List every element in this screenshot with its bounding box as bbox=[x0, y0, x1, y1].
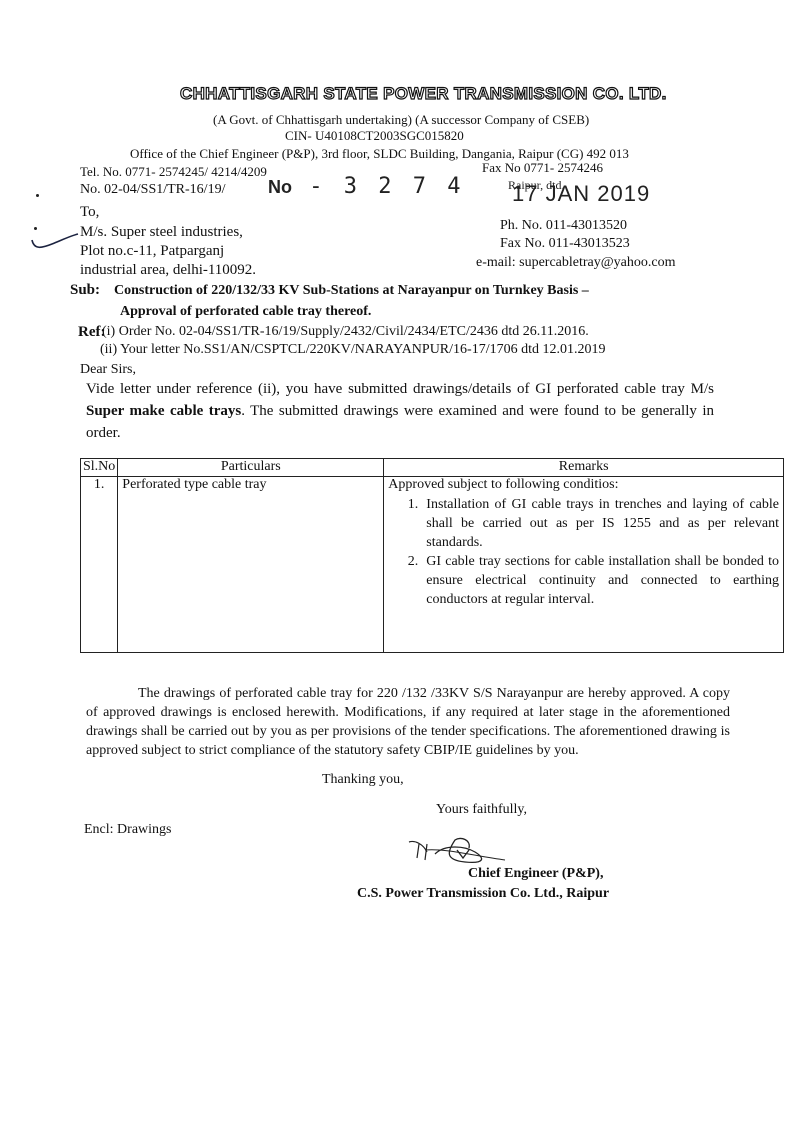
row-particulars: Perforated type cable tray bbox=[118, 477, 384, 653]
row-remarks: Approved subject to following conditios:… bbox=[384, 477, 784, 653]
organisation: C.S. Power Transmission Co. Ltd., Raipur bbox=[357, 886, 609, 902]
to-label: To, bbox=[80, 204, 99, 221]
approval-table: Sl.No Particulars Remarks 1. Perforated … bbox=[80, 458, 784, 653]
condition-number: 2. bbox=[388, 552, 426, 609]
recipient-line-2: Plot no.c-11, Patparganj bbox=[80, 243, 224, 260]
dispatch-stamp: No - 3 2 7 4 bbox=[268, 174, 464, 199]
margin-mark bbox=[36, 194, 39, 197]
recipient-fax: Fax No. 011-43013523 bbox=[500, 236, 630, 252]
ref-item-1: (i) Order No. 02-04/SS1/TR-16/19/Supply/… bbox=[102, 324, 589, 340]
recipient-phone: Ph. No. 011-43013520 bbox=[500, 218, 627, 234]
enclosure: Encl: Drawings bbox=[84, 822, 171, 838]
date-stamp: 17 JAN 2019 bbox=[512, 181, 650, 207]
header-particulars: Particulars bbox=[118, 459, 384, 477]
intro-paragraph: Vide letter under reference (ii), you ha… bbox=[86, 378, 714, 444]
letter-number: No. 02-04/SS1/TR-16/19/ bbox=[80, 182, 225, 198]
row-slno: 1. bbox=[81, 477, 118, 653]
condition-text: GI cable tray sections for cable install… bbox=[426, 552, 779, 609]
body-paragraph: The drawings of perforated cable tray fo… bbox=[86, 684, 730, 760]
recipient-email: e-mail: supercabletray@yahoo.com bbox=[476, 255, 675, 271]
stamp-prefix: No bbox=[268, 177, 292, 197]
subject-line-1: Construction of 220/132/33 KV Sub-Statio… bbox=[114, 283, 589, 299]
cin-number: CIN- U40108CT2003SGC015820 bbox=[285, 128, 464, 144]
stamp-number: - 3 2 7 4 bbox=[309, 174, 464, 199]
intro-text-1: Vide letter under reference (ii), you ha… bbox=[86, 381, 714, 397]
intro-bold-text: Super make cable trays bbox=[86, 403, 241, 419]
header-remarks: Remarks bbox=[384, 459, 784, 477]
ref-item-2: (ii) Your letter No.SS1/AN/CSPTCL/220KV/… bbox=[100, 342, 605, 358]
condition-item: 2. GI cable tray sections for cable inst… bbox=[388, 552, 779, 609]
yours-faithfully: Yours faithfully, bbox=[436, 802, 527, 818]
conditions-list: 1. Installation of GI cable trays in tre… bbox=[388, 495, 779, 609]
condition-item: 1. Installation of GI cable trays in tre… bbox=[388, 495, 779, 552]
tick-mark-icon bbox=[28, 228, 88, 258]
company-name: CHHATTISGARH STATE POWER TRANSMISSION CO… bbox=[180, 84, 667, 104]
subject-label: Sub: bbox=[70, 282, 100, 299]
company-subtitle: (A Govt. of Chhattisgarh undertaking) (A… bbox=[213, 112, 589, 128]
salutation: Dear Sirs, bbox=[80, 362, 136, 378]
header-slno: Sl.No bbox=[81, 459, 118, 477]
recipient-line-3: industrial area, delhi-110092. bbox=[80, 262, 256, 279]
subject-line-2: Approval of perforated cable tray thereo… bbox=[120, 304, 371, 320]
table-row: 1. Perforated type cable tray Approved s… bbox=[81, 477, 784, 653]
designation: Chief Engineer (P&P), bbox=[468, 866, 603, 882]
condition-number: 1. bbox=[388, 495, 426, 552]
condition-text: Installation of GI cable trays in trench… bbox=[426, 495, 779, 552]
telephone: Tel. No. 0771- 2574245/ 4214/4209 bbox=[80, 164, 267, 180]
table-header-row: Sl.No Particulars Remarks bbox=[81, 459, 784, 477]
remarks-intro: Approved subject to following conditios: bbox=[388, 477, 779, 493]
office-fax: Fax No 0771- 2574246 bbox=[482, 160, 603, 176]
recipient-line-1: M/s. Super steel industries, bbox=[80, 224, 243, 241]
thanking-text: Thanking you, bbox=[322, 772, 404, 788]
